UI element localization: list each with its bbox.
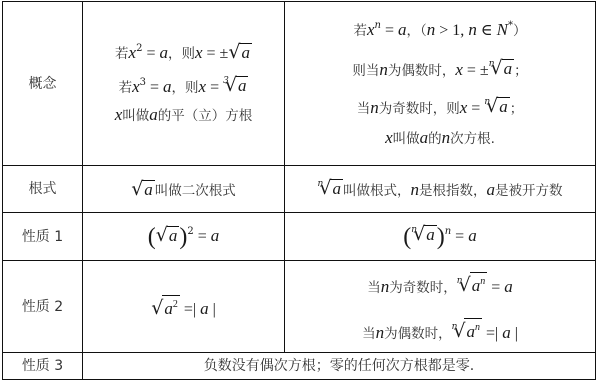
row-radical-expression: 根式 √a叫做二次根式 n√a叫做根式，n是根指数，a是被开方数 <box>3 166 596 213</box>
row-concept: 概念 若x2 = a，则x = ±√a 若x3 = a，则x = 3√a x叫做… <box>3 2 596 166</box>
nth-root-sign-icon: n√a <box>411 225 436 244</box>
nth-root-condition: 若xn = a，（n > 1, n ∈ N*） <box>285 21 595 39</box>
nth-root-sign-icon: n√a <box>484 97 509 116</box>
even-n-root-statement: 则当n为偶数时，x = ±n√a； <box>285 59 595 79</box>
concept-square-cube-root-cell: 若x2 = a，则x = ±√a 若x3 = a，则x = 3√a x叫做a的平… <box>83 2 285 166</box>
property-2-square-cell: √a2 =| a | <box>83 261 285 353</box>
row-property-2: 性质 2 √a2 =| a | 当n为奇数时，n√an = a 当n为偶数时，n… <box>3 261 596 353</box>
row-property-1: 性质 1 (√a)2 = a (n√a)n = a <box>3 213 596 261</box>
even-n-property: 当n为偶数时，n√an =| a | <box>285 318 595 342</box>
radical-sign-icon: √a2 <box>151 295 180 318</box>
row-label-property-3: 性质 3 <box>3 353 83 380</box>
property-3-merged-cell: 负数没有偶次方根；零的任何次方根都是零. <box>83 353 596 380</box>
row-label-concept: 概念 <box>3 2 83 166</box>
nth-root-sign-icon: n√a <box>489 59 514 78</box>
property-1-nth-cell: (n√a)n = a <box>285 213 596 261</box>
nth-root-sign-icon: n√an <box>452 318 482 341</box>
radical-sign-icon: √a <box>228 43 252 62</box>
property-2-nth-cell: 当n为奇数时，n√an = a 当n为偶数时，n√an =| a | <box>285 261 596 353</box>
row-label-property-1: 性质 1 <box>3 213 83 261</box>
square-root-definition: 若x2 = a，则x = ±√a <box>83 43 284 62</box>
concept-nth-root-cell: 若xn = a，（n > 1, n ∈ N*） 则当n为偶数时，x = ±n√a… <box>285 2 596 166</box>
radical-properties-table: 概念 若x2 = a，则x = ±√a 若x3 = a，则x = 3√a x叫做… <box>2 1 596 380</box>
radical-square-cell: √a叫做二次根式 <box>83 166 285 213</box>
nth-root-sign-icon: n√a <box>318 179 343 198</box>
nth-root-sign-icon: n√an <box>457 272 487 295</box>
property-1-square-cell: (√a)2 = a <box>83 213 285 261</box>
root-naming-statement: x叫做a的平（立）方根 <box>83 106 284 124</box>
odd-n-root-statement: 当n为奇数时，则x = n√a； <box>285 97 595 117</box>
radical-nth-cell: n√a叫做根式，n是根指数，a是被开方数 <box>285 166 596 213</box>
row-label-radical: 根式 <box>3 166 83 213</box>
cube-root-sign-icon: 3√a <box>223 76 248 95</box>
nth-root-naming-statement: x叫做a的n次方根. <box>285 129 595 147</box>
odd-n-property: 当n为奇数时，n√an = a <box>285 272 595 296</box>
row-label-property-2: 性质 2 <box>3 261 83 353</box>
row-property-3: 性质 3 负数没有偶次方根；零的任何次方根都是零. <box>3 353 596 380</box>
radical-sign-icon: √a <box>156 226 180 245</box>
radical-sign-icon: √a <box>131 180 155 199</box>
cube-root-definition: 若x3 = a，则x = 3√a <box>83 76 284 96</box>
